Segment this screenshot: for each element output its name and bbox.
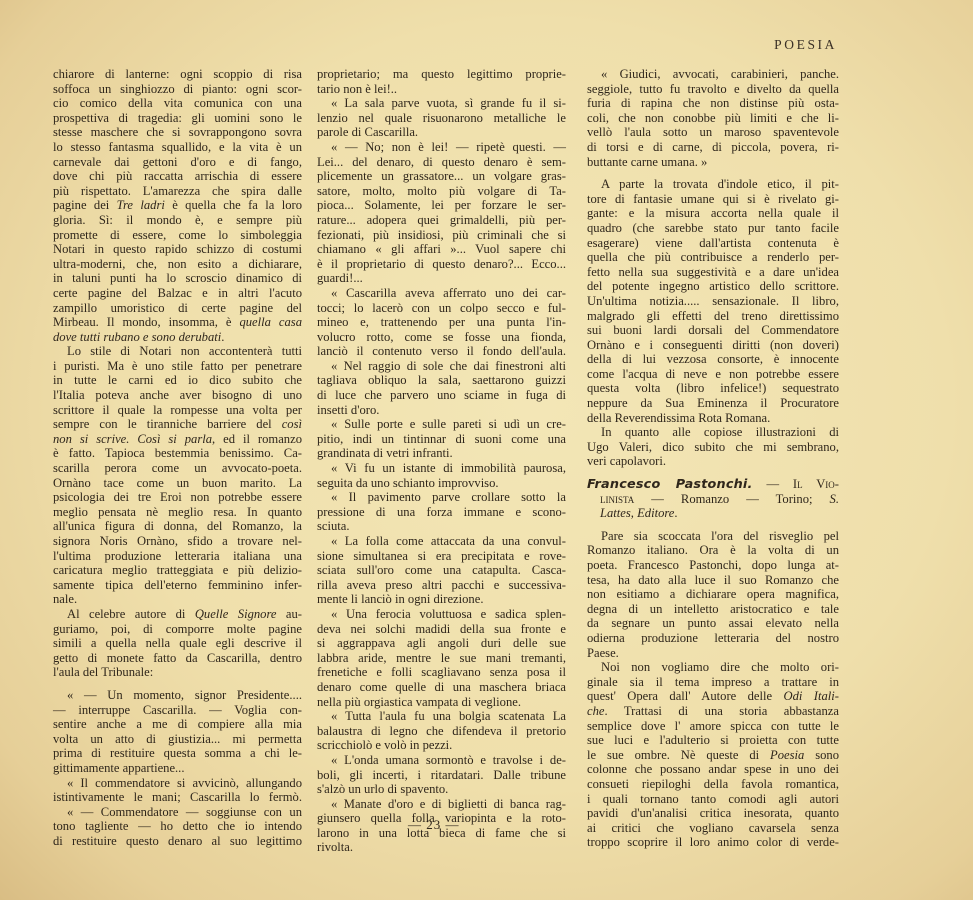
text-line: poeta. Francesco Pastonchi, dopo lunga a… [587,558,839,573]
text-line: Romanzo italiano. Ora è la volta di un [587,543,839,558]
italic-title: così [282,417,302,431]
text-line: si aggrappava agli angoli duri delle sue [317,636,566,651]
text-line: chiamano « gli affari »... Vuol sapere c… [317,242,566,257]
text-line: volta un atto di giustizia... mi permett… [53,732,302,747]
text-line: scarilla perora come un avvocato-poeta. [53,461,302,476]
text-line: Al celebre autore di Quelle Signore au- [53,607,302,622]
text-line: tagliava obliquo la sala, saettarono gui… [317,373,566,388]
text-fragment: au- [277,607,302,621]
text-fragment: . [674,506,677,520]
text-line: in tutte le carni ed io dico subito che [53,373,302,388]
review-author: Francesco Pastonchi. [587,477,753,492]
text-fragment: . Trattasi di una storia abbastanza [604,704,839,718]
text-line: ginale sia il tema impreso a trattare in [587,675,839,690]
text-line: mineo e, trattenendo per una punta l'in- [317,315,566,330]
text-line: malgrado gli effetti del treno direttiss… [587,309,839,324]
italic-title: Odi Itali- [784,689,839,703]
text-line: sentire anche a me di compiere alla mia [53,717,302,732]
text-line: l'ultima produzione letteraria italiana … [53,549,302,564]
text-line: all'unica figura di donna, del Romanzo, … [53,519,302,534]
italic-title: che [587,704,604,718]
text-line: caricatura meglio tratteggiata e più del… [53,563,302,578]
text-line: seguita da uno schianto improvviso. [317,476,566,491]
review-title: linista [600,492,634,506]
paragraph-gap [53,680,302,688]
text-line: parole di Cascarilla. [317,125,566,140]
italic-title: Quelle Signore [195,607,277,621]
text-line: esagerare) viene dall'artista contenuta … [587,236,839,251]
text-line: come l'acqua di neve e non potrebbe esse… [587,367,839,382]
text-line: prospettiva di tragedia: gli uomini sono… [53,111,302,126]
text-line: pavidi d'un'analisi critica inesorata, q… [587,806,839,821]
text-line: degna di un intelletto aristocratico e t… [587,602,839,617]
text-line: dove chi più raccatta arrischia di esser… [53,169,302,184]
text-line: signora Noris Ornàno, sfido a trovare ne… [53,534,302,549]
text-line: Ugo Valeri, dico subito che mi sembrano, [587,440,839,455]
text-line: soffoca un singhiozzo di pianto: ogni sc… [53,82,302,97]
text-line: pitio, indi un tintinnar di suoni come u… [317,432,566,447]
text-line: vellò l'aula sotto un maroso spaventevol… [587,125,839,140]
text-line: « Sulle porte e sulle pareti si udì un c… [317,417,566,432]
text-line: fezionati, più insidiosi, più criminali … [317,228,566,243]
text-line: satore, molto, molto più volgare di Ta- [317,184,566,199]
text-line: guardi!... [317,271,566,286]
text-line: — interruppe Cascarilla. — Voglia con- [53,703,302,718]
paragraph-gap [587,521,839,529]
italic-title: Poesia [770,748,804,762]
text-line: consueti riepiloghi della favola romanti… [587,777,839,792]
italic-title: dove tutti rubano e sono derubati [53,330,221,344]
text-line: proprietario; ma questo legittimo propri… [317,67,566,82]
text-line: « La sala parve vuota, sì grande fu il s… [317,96,566,111]
text-line: balaustra di legno che difendeva il pret… [317,724,566,739]
text-line: lo stesso fantasma squallido, e la vita … [53,140,302,155]
text-fragment: sono [804,748,839,762]
text-line: « — No; non è lei! — ripetè questi. — [317,140,566,155]
text-line: sione simultanea si era precipitata e ro… [317,549,566,564]
text-line: psicologia dei tre Eroi non potrebbe ess… [53,490,302,505]
text-line: samente tipica dell'eterno femminino inf… [53,578,302,593]
text-line: volucro rotto, come se fosse una fionda, [317,330,566,345]
text-line: del potente ingegno artistico dello scri… [587,279,839,294]
text-line: Un'ultima notizia..... sensazionale. Il … [587,294,839,309]
text-line: Francesco Pastonchi. — Il Vio- [587,477,839,492]
text-line: di restituire questo denaro al suo legit… [53,834,302,849]
review-title: Il Vio- [793,477,839,491]
text-column-middle: proprietario; ma questo legittimo propri… [317,67,566,855]
text-line: cio comico della vita comunica con una [53,96,302,111]
text-line: tocci; lo lacerò con un colpo secco e fu… [317,301,566,316]
text-line: non si scrive. Così si parla, ed il roma… [53,432,302,447]
text-line: plicemente un grassatore... un volgare g… [317,169,566,184]
text-line: stesse maschere che si sovrappongono sov… [53,125,302,140]
text-line: chiarore di lanterne: ogni scoppio di ri… [53,67,302,82]
text-line: da segnare un punto assai elevato nella [587,616,839,631]
text-line: prima di restituire questa somma a chi l… [53,746,302,761]
text-line: « — Commendatore — soggiunse con un [53,805,302,820]
text-line: neppure da Sua Eminenza il Procuratore [587,396,839,411]
scanned-page: POESIA chiarore di lanterne: ogni scoppi… [0,0,973,900]
text-fragment: le sue ombre. Nè queste di [587,748,770,762]
italic-title: non si scrive. Così si parla [53,432,212,446]
paragraph-gap [587,169,839,177]
text-line: non esitiamo a dichiarare opera magnific… [587,587,839,602]
text-line: buttante carne umana. » [587,155,839,170]
text-line: certe pagine del Balzac e in altri l'acu… [53,286,302,301]
text-line: getto di monete fatto da Cascarilla, den… [53,651,302,666]
review-publisher: Lattes, Editore [600,506,674,520]
text-fragment: sempre con le tiranniche barriere del [53,417,282,431]
text-fragment: quest' Opera dall' Autore delle [587,689,784,703]
text-line: frenetiche e folli scagliavano senza pos… [317,665,566,680]
text-fragment: pagine dei [53,198,117,212]
text-line: sui buoni lardi dorsali del Commendatore [587,323,839,338]
text-line: guriamo, poi, di comporre molte pagine [53,622,302,637]
text-line: Notari in questo rapido schizzo di costu… [53,242,302,257]
text-line: « — Un momento, signor Presidente.... [53,688,302,703]
review-publication-info: — Romanzo — Torino; [634,492,829,506]
text-line: sciuta. [317,519,566,534]
text-line: ai critici che vogliano cavarsela senza [587,821,839,836]
text-line: s'alzò un urlo di spavento. [317,782,566,797]
text-line: Lo stile di Notari non accontenterà tutt… [53,344,302,359]
text-line: zampillo umoristico di certe pagine del [53,301,302,316]
text-line: più rispettato. L'amarezza che spira dal… [53,184,302,199]
text-line: quella che più contribuisce a renderlo p… [587,250,839,265]
text-line: coli, che non conobbe più limiti e che l… [587,111,839,126]
text-line: Lei... del denaro, di questo denaro è se… [317,155,566,170]
text-line: « Vi fu un istante di immobilità paurosa… [317,461,566,476]
italic-title: Tre ladri [117,198,165,212]
text-line: l'Italia poteva anche aver bisogno di un… [53,388,302,403]
text-line: carnevale dai gettoni d'oro e di fango, [53,155,302,170]
text-line: pagine dei Tre ladri è quella che fa la … [53,198,302,213]
text-line: « Cascarilla aveva afferrato uno dei car… [317,286,566,301]
review-publisher: S. [830,492,839,506]
running-header: POESIA [774,37,837,53]
text-line: simili a quella nella quale egli descriv… [53,636,302,651]
text-line: lanciò il contenuto verso il fondo dell'… [317,344,566,359]
text-line: In quanto alle copiose illustrazioni di [587,425,839,440]
text-line: Mirbeau. Il mondo, insomma, è quella cas… [53,315,302,330]
text-line: promette di essere, come lo simboleggia [53,228,302,243]
text-line: lenzio nel quale risuonarono metalliche … [317,111,566,126]
text-line: insetti d'oro. [317,403,566,418]
text-line: fetto nella sua suggestività e a dare un… [587,265,839,280]
text-line: della di lui vezzosa consorte, è innocen… [587,352,839,367]
text-line: ultra-moderni, che, non esito a dichiara… [53,257,302,272]
text-line: grandinata di vetri infranti. [317,446,566,461]
text-fragment: . [221,330,224,344]
text-line: rature... adopera quei grimaldelli, più … [317,213,566,228]
text-line: « Giudici, avvocati, carabinieri, panche… [587,67,839,82]
text-line: istintivamente le mani; Cascarilla lo fe… [53,790,302,805]
text-line: « La folla come attaccata da una convul- [317,534,566,549]
text-line: « Manate d'oro e di biglietti di banca r… [317,797,566,812]
text-line: gante: e la misura accorta nella quale i… [587,206,839,221]
text-line: le sue ombre. Nè queste di Poesia sono [587,748,839,763]
page-number: — 23 — [408,817,460,833]
text-line: seggiole, tutto fu travolto e divelto da… [587,82,839,97]
text-line: di luce che parvero uno sciame in fuga d… [317,388,566,403]
text-line: « Nel raggio di sole che dai finestroni … [317,359,566,374]
text-line: sue luci e l'adulterio si proietta con t… [587,733,839,748]
text-line: in taluni punti ha lo scroscio dinamico … [53,271,302,286]
review-dash: — [753,477,793,491]
text-line: di torsi e di carne, di piccola, povera,… [587,140,839,155]
text-line: Lattes, Editore. [587,506,839,521]
text-line: veri capolavori. [587,454,839,469]
text-fragment: , ed il romanzo [212,432,302,446]
text-line: Noi non vogliamo dire che molto ori- [587,660,839,675]
text-line: odierna produzione letteraria del nostro [587,631,839,646]
text-line: boli, gli incerti, i ritardatari. Dalle … [317,768,566,783]
text-line: Ornàno tace come un buon marito. La [53,476,302,491]
text-line: semplice dove l' amore spicca con tutte … [587,719,839,734]
text-line: i puristi. Ma è uno stile fatto per pene… [53,359,302,374]
text-line: scrittore il quale la rompesse una volta… [53,403,302,418]
text-line: deva nei solchi madidi della sua fronte … [317,622,566,637]
text-line: sciata sull'oro come una catapulta. Casc… [317,563,566,578]
text-line: nale. [53,592,302,607]
text-line: tono tagliente — ho detto che io intendo [53,819,302,834]
text-line: sempre con le tiranniche barriere del co… [53,417,302,432]
text-line: « L'onda umana sormontò e travolse i de- [317,753,566,768]
text-line: linista — Romanzo — Torino; S. [587,492,839,507]
text-line: Ornàno e i conseguenti diritti (non dove… [587,338,839,353]
text-line: « Il commendatore si avvicinò, allungand… [53,776,302,791]
text-line: « Una ferocia voluttuosa e sadica splen- [317,607,566,622]
text-line: gloria. Sì: il mondo è, e sempre più [53,213,302,228]
text-line: i quali tornano tanto comodi agli autori [587,792,839,807]
text-line: nella più orgiastica vampata di veglione… [317,695,566,710]
text-line: rivolta. [317,840,566,855]
text-line: furia di rapina che non distinse più ost… [587,96,839,111]
text-line: « Il pavimento parve crollare sotto la [317,490,566,505]
text-line: della Reverendissima Rota Romana. [587,411,839,426]
italic-title: quella casa [239,315,302,329]
text-line: è fatto. Tapioca bestemmia benissimo. Ca… [53,446,302,461]
text-line: quadro (che sarebbe stato pur tanto faci… [587,221,839,236]
text-fragment: Mirbeau. Il mondo, insomma, è [53,315,239,329]
text-line: mente li lanciò in ogni direzione. [317,592,566,607]
text-line: tore di fantasie umane qui si è rivelato… [587,192,839,207]
text-line: è il proprietario di questo denaro?... E… [317,257,566,272]
text-line: questa volta (libro infelice!) sequestra… [587,381,839,396]
text-line: rilla aveva preso altri pacchi e success… [317,578,566,593]
text-line: l'aula del Tribunale: [53,665,302,680]
text-line: colonne che possano andar spese in uno d… [587,762,839,777]
text-line: labbra aride, mentre le sue mani tremant… [317,651,566,666]
text-line: pioca... Solamente, lei per forzare le s… [317,198,566,213]
text-line: tesa, ha dato alla luce il suo Romanzo c… [587,573,839,588]
text-line: A parte la trovata d'indole etico, il pi… [587,177,839,192]
text-fragment: Al celebre autore di [67,607,195,621]
text-column-right: « Giudici, avvocati, carabinieri, panche… [587,67,839,850]
text-fragment: è quella che fa la loro [165,198,302,212]
text-line: meglio pensata nè meglio resa. In quanto [53,505,302,520]
text-line: pressione di una forza immane e scono- [317,505,566,520]
text-line: denaro come quelle di una maschera briac… [317,680,566,695]
text-line: tario non è lei!.. [317,82,566,97]
paragraph-gap [587,469,839,477]
text-line: « Tutta l'aula fu una bolgia scatenata L… [317,709,566,724]
text-line: quest' Opera dall' Autore delle Odi Ital… [587,689,839,704]
text-line: troppo scoprire il loro animo color di v… [587,835,839,850]
text-line: scricchiolò e volò in pezzi. [317,738,566,753]
text-line: che. Trattasi di una storia abbastanza [587,704,839,719]
text-line: Pare sia scoccata l'ora del risveglio pe… [587,529,839,544]
text-line: Paese. [587,646,839,661]
text-line: dove tutti rubano e sono derubati. [53,330,302,345]
text-line: gittimamente appartiene... [53,761,302,776]
text-column-left: chiarore di lanterne: ogni scoppio di ri… [53,67,302,848]
